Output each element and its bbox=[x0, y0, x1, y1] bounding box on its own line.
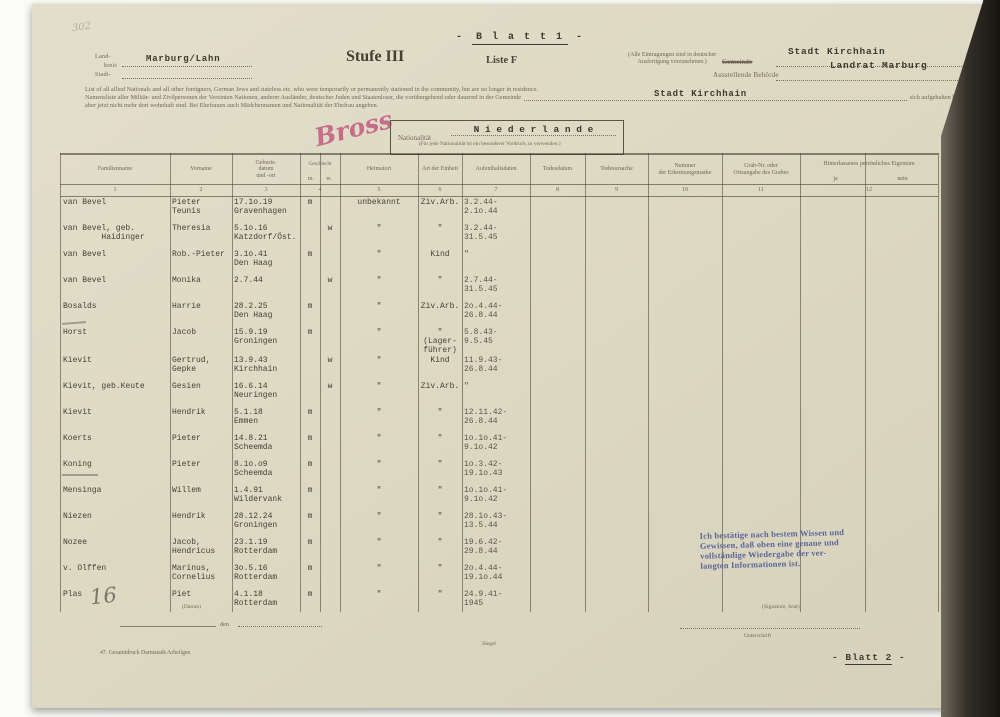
cell-m: m bbox=[300, 197, 320, 223]
cell-c10 bbox=[648, 589, 722, 615]
place-line bbox=[120, 626, 216, 627]
cell-family: Mensinga bbox=[60, 485, 170, 511]
cell-dates: 2o.4.44- 19.1o.44 bbox=[462, 563, 530, 589]
cell-dates: " bbox=[462, 249, 530, 275]
cell-birth: 14.8.21 Scheemda bbox=[232, 433, 300, 459]
kreis-label: kreis bbox=[104, 62, 117, 70]
cell-c8 bbox=[530, 537, 585, 563]
cell-c8 bbox=[530, 589, 585, 615]
cell-ja bbox=[800, 589, 865, 615]
cell-m: m bbox=[300, 407, 320, 433]
cell-c10 bbox=[648, 355, 722, 381]
sheet-heading-label: B l a t t 1 bbox=[472, 32, 568, 45]
certification-stamp: Ich bestätige nach bestem Wissen und Gew… bbox=[700, 525, 916, 571]
cell-m: m bbox=[300, 249, 320, 275]
cell-home: " bbox=[340, 537, 418, 563]
table-vline bbox=[938, 153, 939, 612]
signature-seal-label: (Signature, Seal) bbox=[762, 604, 800, 610]
cell-w bbox=[320, 249, 340, 275]
cell-given: Hendrik bbox=[170, 511, 232, 537]
land-label: Land- bbox=[95, 53, 111, 61]
print-imprint: 47. Gesamtdruck Darmstadt-Arheilgen bbox=[100, 650, 190, 656]
intro-paragraph: List of all allied Nationals and all oth… bbox=[85, 86, 969, 110]
cell-w bbox=[320, 301, 340, 327]
cell-birth: 4.1.18 Rotterdam bbox=[232, 589, 300, 615]
cell-home: " bbox=[340, 223, 418, 249]
cell-home: " bbox=[340, 433, 418, 459]
cell-c11 bbox=[722, 381, 800, 407]
cell-family: van Bevel bbox=[60, 197, 170, 223]
cell-given: Marinus, Cornelius bbox=[170, 563, 232, 589]
behoerde-dotline bbox=[776, 80, 966, 81]
cell-birth: 8.1o.o9 Scheemda bbox=[232, 459, 300, 485]
cell-m: m bbox=[300, 327, 320, 355]
cell-m bbox=[300, 355, 320, 381]
col-geschlecht-w: w. bbox=[320, 176, 338, 183]
cell-given: Pieter bbox=[170, 459, 232, 485]
cell-birth: 1.4.91 Wildervank bbox=[232, 485, 300, 511]
cell-ja bbox=[800, 459, 865, 485]
cell-birth: 15.9.19 Groningen bbox=[232, 327, 300, 355]
cell-c8 bbox=[530, 327, 585, 355]
cell-ja bbox=[800, 223, 865, 249]
cell-unit: " bbox=[418, 589, 462, 615]
pencil-underline-mark bbox=[62, 474, 98, 476]
cell-c9 bbox=[585, 563, 648, 589]
sheet-heading-suffix: - bbox=[576, 32, 584, 43]
cell-c11 bbox=[722, 249, 800, 275]
unterschrift-label: Unterschrift bbox=[744, 633, 771, 639]
cell-nein bbox=[865, 433, 938, 459]
cell-unit: " bbox=[418, 485, 462, 511]
cell-birth: 28.2.25 Den Haag bbox=[232, 301, 300, 327]
cell-birth: 13.9.43 Kirchhain bbox=[232, 355, 300, 381]
next-sheet-text: Blatt 2 bbox=[845, 652, 892, 665]
cell-unit: " bbox=[418, 223, 462, 249]
cell-nein bbox=[865, 223, 938, 249]
cell-given: Theresia bbox=[170, 223, 232, 249]
entries-note: (Alle Eintragungen sind in deutscher Aus… bbox=[628, 52, 716, 66]
cell-c10 bbox=[648, 459, 722, 485]
cell-nein bbox=[865, 275, 938, 301]
cell-unit: Kind bbox=[418, 249, 462, 275]
cell-unit: " bbox=[418, 407, 462, 433]
cell-birth: 5.1o.16 Katzdorf/Öst. bbox=[232, 223, 300, 249]
cell-unit: Kind bbox=[418, 355, 462, 381]
gemeinde-label: Gemeinde bbox=[722, 59, 752, 67]
cell-c10 bbox=[648, 249, 722, 275]
cell-home: " bbox=[340, 459, 418, 485]
document-page: 302 - B l a t t 1 - Land- kreis Stadt- M… bbox=[32, 4, 988, 708]
entries-note-line2: Ausfertigung vorzunehmen.) bbox=[628, 59, 716, 66]
table-number-row: 1 2 3 4 5 6 7 8 9 10 11 12 bbox=[60, 185, 938, 196]
cell-unit: " bbox=[418, 511, 462, 537]
cell-family: Niezen bbox=[60, 511, 170, 537]
cell-c9 bbox=[585, 197, 648, 223]
cell-home: unbekannt bbox=[340, 197, 418, 223]
cell-m bbox=[300, 381, 320, 407]
cell-w bbox=[320, 563, 340, 589]
cell-birth: 3.1o.41 Den Haag bbox=[232, 249, 300, 275]
cell-c10 bbox=[648, 197, 722, 223]
cell-dates: " bbox=[462, 381, 530, 407]
cell-family: van Bevel, geb. Haidinger bbox=[60, 223, 170, 249]
cell-unit: " bbox=[418, 459, 462, 485]
cell-ja bbox=[800, 197, 865, 223]
kreis-dotline bbox=[122, 66, 252, 67]
gemeinde-blank-dotline bbox=[524, 100, 907, 101]
cell-given: Gertrud, Gepke bbox=[170, 355, 232, 381]
cell-c8 bbox=[530, 563, 585, 589]
cell-w: w bbox=[320, 381, 340, 407]
cell-birth: 23.1.19 Rotterdam bbox=[232, 537, 300, 563]
cell-home: " bbox=[340, 355, 418, 381]
cell-family: van Bevel bbox=[60, 249, 170, 275]
red-handwritten-note: Bross bbox=[312, 105, 396, 152]
behoerde-label: Ausstellende Behörde bbox=[713, 72, 779, 80]
cell-c9 bbox=[585, 223, 648, 249]
cell-w: w bbox=[320, 275, 340, 301]
cell-c9 bbox=[585, 589, 648, 615]
cell-dates: 1o.1o.41- 9.1o.42 bbox=[462, 433, 530, 459]
cell-unit: Ziv.Arb. bbox=[418, 301, 462, 327]
cell-m bbox=[300, 223, 320, 249]
cell-unit: " bbox=[418, 563, 462, 589]
nationality-note: (Für jede Nationalität ist ein besondere… bbox=[419, 141, 619, 147]
cell-m: m bbox=[300, 433, 320, 459]
intro-line-de: Namensliste aller Militär- und Zivilpers… bbox=[85, 94, 969, 102]
cell-ja bbox=[800, 301, 865, 327]
cell-home: " bbox=[340, 327, 418, 355]
cell-c8 bbox=[530, 197, 585, 223]
col-eigentum-ja: ja bbox=[802, 176, 869, 183]
col-geschlecht: Geschlecht m.w. bbox=[300, 155, 340, 184]
cell-home: " bbox=[340, 301, 418, 327]
cell-c9 bbox=[585, 485, 648, 511]
cell-nein bbox=[865, 355, 938, 381]
signature-line bbox=[680, 628, 860, 629]
pencil-count: 16 bbox=[89, 583, 118, 610]
cell-home: " bbox=[340, 511, 418, 537]
cell-family: Koning bbox=[60, 459, 170, 485]
cell-c11 bbox=[722, 407, 800, 433]
cell-w: w bbox=[320, 223, 340, 249]
cell-ja bbox=[800, 433, 865, 459]
cell-nein bbox=[865, 459, 938, 485]
cell-c10 bbox=[648, 327, 722, 355]
gemeinde-insert-value: Stadt Kirchhain bbox=[654, 89, 747, 99]
cell-ja bbox=[800, 249, 865, 275]
cell-nein bbox=[865, 407, 938, 433]
cell-birth: 17.1o.19 Gravenhagen bbox=[232, 197, 300, 223]
cell-c10 bbox=[648, 485, 722, 511]
cell-given: Jacob bbox=[170, 327, 232, 355]
cell-dates: 3.2.44- 31.5.45 bbox=[462, 223, 530, 249]
cell-ja bbox=[800, 381, 865, 407]
cell-w bbox=[320, 511, 340, 537]
cell-c11 bbox=[722, 459, 800, 485]
cell-w bbox=[320, 197, 340, 223]
col-geburtsdatum: Geburts- datum und -ort bbox=[232, 155, 300, 184]
cell-dates: 12.11.42- 26.8.44 bbox=[462, 407, 530, 433]
cell-unit: " bbox=[418, 275, 462, 301]
cell-home: " bbox=[340, 589, 418, 615]
intro-line-de-text: Namensliste aller Militär- und Zivilpers… bbox=[85, 94, 521, 102]
cell-c11 bbox=[722, 275, 800, 301]
cell-given: Gesien bbox=[170, 381, 232, 407]
stadt-dotline bbox=[122, 78, 252, 79]
cell-c8 bbox=[530, 249, 585, 275]
col-aufenthaltsdaten: Aufenthaltsdaten bbox=[462, 155, 530, 184]
cell-home: " bbox=[340, 485, 418, 511]
cell-dates: 24.9.41- 1945 bbox=[462, 589, 530, 615]
cell-m: m bbox=[300, 511, 320, 537]
cell-home: " bbox=[340, 563, 418, 589]
cell-w bbox=[320, 537, 340, 563]
cell-c8 bbox=[530, 485, 585, 511]
cell-c8 bbox=[530, 433, 585, 459]
col-familienname: Familienname bbox=[60, 155, 170, 184]
cell-ja bbox=[800, 275, 865, 301]
date-line bbox=[238, 626, 322, 627]
cell-family: van Bevel bbox=[60, 275, 170, 301]
cell-dates: 2.7.44- 31.5.45 bbox=[462, 275, 530, 301]
col-todesdatum: Todesdatum bbox=[530, 155, 585, 184]
cell-family: Kievit bbox=[60, 355, 170, 381]
cell-given: Jacob, Hendricus bbox=[170, 537, 232, 563]
stufe-title: Stufe III bbox=[346, 48, 404, 66]
cell-c10 bbox=[648, 275, 722, 301]
col-eigentum: Hinterlassenes persönliches Eigentum jan… bbox=[800, 155, 938, 184]
cell-c11 bbox=[722, 301, 800, 327]
cell-ja bbox=[800, 485, 865, 511]
cell-c8 bbox=[530, 381, 585, 407]
nationality-value: N i e d e r l a n d e bbox=[451, 124, 616, 136]
cell-c11 bbox=[722, 223, 800, 249]
cell-c9 bbox=[585, 537, 648, 563]
cell-c9 bbox=[585, 407, 648, 433]
cell-home: " bbox=[340, 275, 418, 301]
cell-c9 bbox=[585, 249, 648, 275]
siegel-label: Siegel bbox=[482, 641, 496, 647]
cell-given: Pieter Teunis bbox=[170, 197, 232, 223]
cell-m: m bbox=[300, 459, 320, 485]
sheet-heading-prefix: - bbox=[456, 32, 464, 43]
cell-w bbox=[320, 433, 340, 459]
cell-c11 bbox=[722, 197, 800, 223]
entries-note-line1: (Alle Eintragungen sind in deutscher bbox=[628, 52, 716, 59]
cell-family: Koerts bbox=[60, 433, 170, 459]
cell-home: " bbox=[340, 381, 418, 407]
col-todesursache: Todesursache bbox=[585, 155, 648, 184]
cell-unit: " (Lager- führer) bbox=[418, 327, 462, 355]
cell-c9 bbox=[585, 433, 648, 459]
cell-unit: " bbox=[418, 537, 462, 563]
cell-m: m bbox=[300, 563, 320, 589]
intro-line-de2: aber jetzt nicht mehr dort wohnhaft sind… bbox=[85, 102, 969, 110]
den-label: den bbox=[220, 621, 229, 628]
cell-m: m bbox=[300, 301, 320, 327]
cell-m: m bbox=[300, 537, 320, 563]
cell-c11 bbox=[722, 327, 800, 355]
pencil-mark-top: 302 bbox=[71, 21, 91, 35]
cell-dates: 3.2.44- 2.1o.44 bbox=[462, 197, 530, 223]
cell-birth: 28.12.24 Groningen bbox=[232, 511, 300, 537]
cell-c8 bbox=[530, 223, 585, 249]
cell-ja bbox=[800, 407, 865, 433]
cell-c9 bbox=[585, 459, 648, 485]
cell-c11 bbox=[722, 355, 800, 381]
cell-c11 bbox=[722, 433, 800, 459]
cell-birth: 3o.5.16 Rotterdam bbox=[232, 563, 300, 589]
col-grab-nr: Grab-Nr. oder Ortsangabe des Grabes bbox=[722, 155, 800, 184]
cell-dates: 1o.3.42- 19.1o.43 bbox=[462, 459, 530, 485]
cell-family: Horst bbox=[60, 327, 170, 355]
cell-m: m bbox=[300, 485, 320, 511]
cell-c8 bbox=[530, 407, 585, 433]
cell-c11 bbox=[722, 589, 800, 615]
cell-nein bbox=[865, 563, 938, 589]
next-sheet-prefix: - bbox=[832, 652, 839, 663]
col-heimatort: Heimatort bbox=[340, 155, 418, 184]
cell-unit: Ziv.Arb. bbox=[418, 381, 462, 407]
gemeinde-value: Stadt Kirchhain bbox=[788, 46, 886, 57]
cell-dates: 28.1o.43- 13.5.44 bbox=[462, 511, 530, 537]
cell-dates: 5.8.43- 9.5.45 bbox=[462, 327, 530, 355]
behoerde-value: Landrat Marburg bbox=[830, 60, 928, 71]
cell-given: Harrie bbox=[170, 301, 232, 327]
cell-family: Kievit bbox=[60, 407, 170, 433]
cell-given: Hendrik bbox=[170, 407, 232, 433]
cell-home: " bbox=[340, 249, 418, 275]
col-geschlecht-m: m. bbox=[302, 176, 320, 183]
cell-unit: " bbox=[418, 433, 462, 459]
cell-c10 bbox=[648, 381, 722, 407]
cell-birth: 5.1.18 Emmen bbox=[232, 407, 300, 433]
stadt-label: Stadt- bbox=[95, 71, 111, 79]
cell-c10 bbox=[648, 301, 722, 327]
cell-nein bbox=[865, 249, 938, 275]
cell-c8 bbox=[530, 301, 585, 327]
liste-title: Liste F bbox=[486, 55, 517, 66]
cell-nein bbox=[865, 589, 938, 615]
cell-c8 bbox=[530, 511, 585, 537]
nationality-box: Nationalität N i e d e r l a n d e (Für … bbox=[390, 120, 624, 155]
cell-c9 bbox=[585, 381, 648, 407]
table-header-row: Familienname Vorname Geburts- datum und … bbox=[60, 155, 938, 184]
cell-dates: 1o.1o.41- 9.1o.42 bbox=[462, 485, 530, 511]
cell-c9 bbox=[585, 511, 648, 537]
cell-given: Pieter bbox=[170, 433, 232, 459]
cell-c10 bbox=[648, 223, 722, 249]
cell-c9 bbox=[585, 275, 648, 301]
cell-dates: 2o.4.44- 26.8.44 bbox=[462, 301, 530, 327]
cell-given: Monika bbox=[170, 275, 232, 301]
cell-w bbox=[320, 485, 340, 511]
cell-c8 bbox=[530, 355, 585, 381]
cell-birth: 2.7.44 bbox=[232, 275, 300, 301]
cell-family: Kievit, geb.Keute bbox=[60, 381, 170, 407]
cell-given: Willem bbox=[170, 485, 232, 511]
cell-nein bbox=[865, 327, 938, 355]
intro-line-en: List of all allied Nationals and all oth… bbox=[85, 86, 969, 94]
cell-w bbox=[320, 459, 340, 485]
cell-nein bbox=[865, 485, 938, 511]
cell-birth: 16.6.14 Neuringen bbox=[232, 381, 300, 407]
cell-m bbox=[300, 275, 320, 301]
cell-unit: Ziv.Arb. bbox=[418, 197, 462, 223]
col-erkennungsmarke: Nummer der Erkennungsmarke bbox=[648, 155, 722, 184]
cell-nein bbox=[865, 197, 938, 223]
col-eigentum-nein: nein bbox=[869, 176, 936, 183]
cell-dates: 11.9.43- 26.8.44 bbox=[462, 355, 530, 381]
sheet-heading: - B l a t t 1 - bbox=[420, 32, 620, 43]
cell-nein bbox=[865, 381, 938, 407]
cell-c11 bbox=[722, 485, 800, 511]
cell-c9 bbox=[585, 301, 648, 327]
cell-c9 bbox=[585, 327, 648, 355]
cell-w bbox=[320, 589, 340, 615]
cell-home: " bbox=[340, 407, 418, 433]
cell-family: Nozee bbox=[60, 537, 170, 563]
cell-c10 bbox=[648, 433, 722, 459]
col-vorname: Vorname bbox=[170, 155, 232, 184]
cell-m: m bbox=[300, 589, 320, 615]
cell-c10 bbox=[648, 407, 722, 433]
cell-c8 bbox=[530, 275, 585, 301]
cell-given: Rob.-Pieter bbox=[170, 249, 232, 275]
cell-c9 bbox=[585, 355, 648, 381]
cell-w bbox=[320, 407, 340, 433]
next-sheet-suffix: - bbox=[899, 652, 906, 663]
next-sheet-label: - Blatt 2 - bbox=[832, 652, 906, 663]
kreis-value: Marburg/Lahn bbox=[146, 54, 220, 64]
cell-w bbox=[320, 327, 340, 355]
col-art-der-einheit: Art der Einheit bbox=[418, 155, 462, 184]
cell-w: w bbox=[320, 355, 340, 381]
datum-label: (Datum) bbox=[182, 604, 201, 610]
cell-nein bbox=[865, 301, 938, 327]
cell-ja bbox=[800, 327, 865, 355]
cell-ja bbox=[800, 355, 865, 381]
cell-given: Piet bbox=[170, 589, 232, 615]
cell-c8 bbox=[530, 459, 585, 485]
cell-dates: 19.6.42- 29.8.44 bbox=[462, 537, 530, 563]
